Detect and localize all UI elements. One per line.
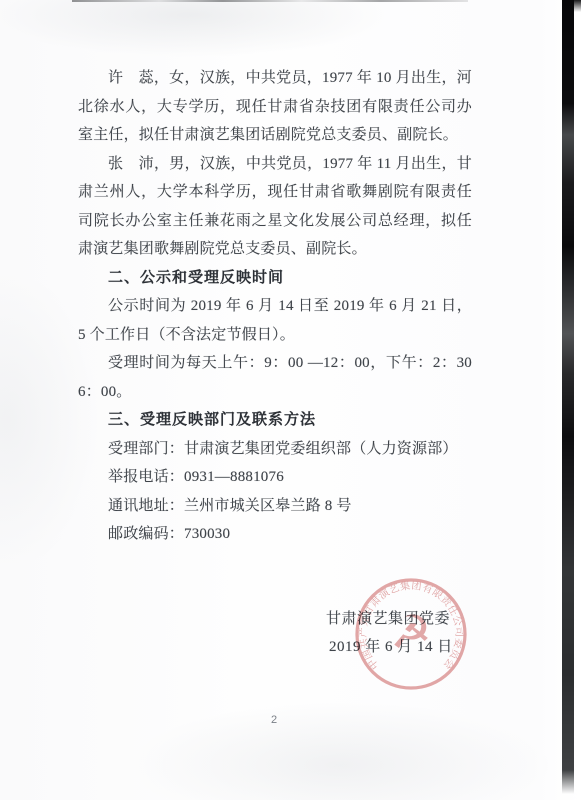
section-heading: 三、受理反映部门及联系方法 — [78, 406, 472, 435]
text-line: 通讯地址：兰州市城关区皋兰路 8 号 — [78, 492, 472, 521]
text-line: 张 沛，男，汉族，中共党员，1977 年 11 月出生，甘 — [78, 150, 472, 179]
text-line: 6：00。 — [78, 378, 472, 407]
text-line: 受理部门：甘肃演艺集团党委组织部（人力资源部） — [78, 435, 472, 464]
text-line: 举报电话：0931—8881076 — [78, 463, 472, 492]
document-text-block: 许 蕊，女，汉族，中共党员，1977 年 10 月出生，河北徐水人，大专学历，现… — [78, 64, 472, 549]
text-line: 室主任，拟任甘肃演艺集团话剧院党总支委员、副院长。 — [78, 121, 472, 150]
section-heading: 二、公示和受理反映时间 — [78, 264, 472, 293]
scan-artifact-right-edge — [562, 0, 574, 794]
text-line: 肃兰州人，大学本科学历，现任甘肃省歌舞剧院有限责任公 — [78, 178, 472, 207]
scanned-document-page: 许 蕊，女，汉族，中共党员，1977 年 10 月出生，河北徐水人，大专学历，现… — [0, 0, 581, 800]
text-line: 许 蕊，女，汉族，中共党员，1977 年 10 月出生，河 — [78, 64, 472, 93]
text-line: 5 个工作日（不含法定节假日）。 — [78, 321, 472, 350]
text-line: 邮政编码：730030 — [78, 520, 472, 549]
scan-artifact-corner — [574, 0, 581, 12]
text-line: 公示时间为 2019 年 6 月 14 日至 2019 年 6 月 21 日，共 — [78, 292, 472, 321]
hammer-sickle-icon: ☭ — [390, 605, 431, 659]
scan-artifact-top-edge — [72, 0, 468, 2]
page-number: 2 — [264, 714, 284, 726]
official-seal: 中国共产党甘肃演艺集团有限责任公司委员会 ☭ — [345, 566, 477, 702]
text-line: 受理时间为每天上午：9：00 —12：00，下午：2：30— — [78, 349, 472, 378]
text-line: 北徐水人，大专学历，现任甘肃省杂技团有限责任公司办公 — [78, 93, 472, 122]
text-line: 肃演艺集团歌舞剧院党总支委员、副院长。 — [78, 235, 472, 264]
text-line: 司院长办公室主任兼花雨之星文化发展公司总经理，拟任甘 — [78, 207, 472, 236]
